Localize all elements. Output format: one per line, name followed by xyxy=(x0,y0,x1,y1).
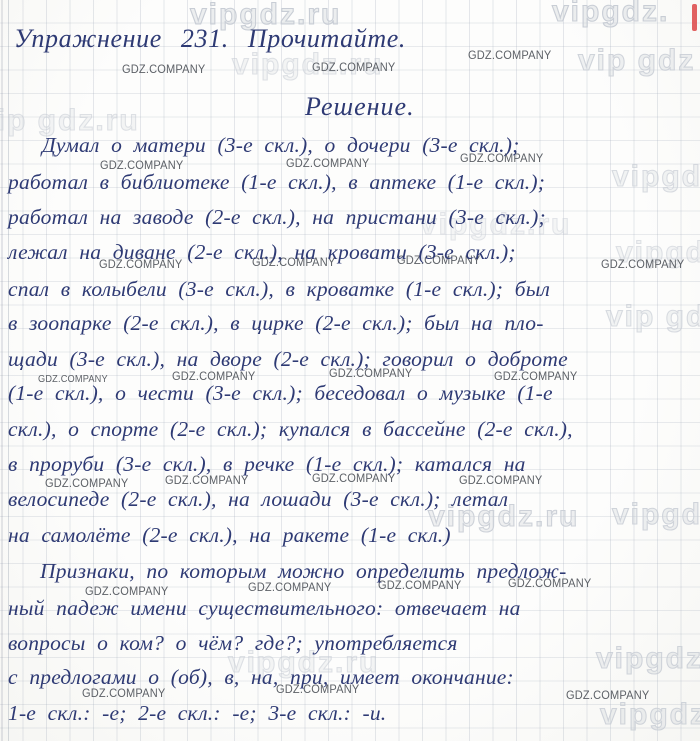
gdz-company-watermark: GDZ.COMPANY xyxy=(601,257,684,271)
notebook-page: vipgdz.ruvipgdz.vipgdz.ruvip gdzvip gdz.… xyxy=(0,0,700,741)
handwritten-line: работал в библиотеке (1-е скл.), в аптек… xyxy=(8,170,545,195)
handwritten-line: вопросы о ком? о чём? где?; употребляетс… xyxy=(8,631,458,656)
handwritten-line: в зоопарке (2-е скл.), в цирке (2-е скл.… xyxy=(8,311,544,336)
handwritten-line: Признаки, по которым можно определить пр… xyxy=(40,559,566,584)
handwritten-line: (1-е скл.), о чести (3-е скл.); беседова… xyxy=(8,381,553,406)
gdz-company-watermark: GDZ.COMPANY xyxy=(312,60,395,74)
gdz-company-watermark: GDZ.COMPANY xyxy=(286,156,369,170)
handwritten-line: щади (3-е скл.), на дворе (2-е скл.); го… xyxy=(8,347,568,372)
handwritten-line: скл.), о спорте (2-е скл.); купался в ба… xyxy=(8,417,573,442)
handwritten-line: велосипеде (2-е скл.), на лошади (3-е ск… xyxy=(8,487,508,512)
vipgdz-watermark: vip gdz xyxy=(578,44,695,78)
vipgdz-watermark: vipgdz. xyxy=(616,236,700,270)
exercise-heading: Упражнение 231. Прочитайте. xyxy=(14,24,406,54)
solution-heading: Решение. xyxy=(305,92,415,122)
handwritten-line: с предлогами о (об), в, на, при, имеет о… xyxy=(8,665,514,690)
vipgdz-watermark: vipgdz. xyxy=(596,642,700,676)
handwritten-line: ный падеж имени существительного: отвеча… xyxy=(8,596,521,621)
handwritten-line: в проруби (3-е скл.), в речке (1-е скл.)… xyxy=(8,452,526,477)
handwritten-line: лежал на диване (2-е скл.), на кровати (… xyxy=(8,240,516,265)
vipgdz-watermark: vipgdz. xyxy=(552,0,669,29)
handwritten-line: на самолёте (2-е скл.), на ракете (1-е с… xyxy=(8,523,451,548)
page-edge-shadow xyxy=(1,0,3,741)
handwritten-line: работал на заводе (2-е скл.), на пристан… xyxy=(8,205,546,230)
red-margin-mark xyxy=(692,4,697,31)
handwritten-line: Думал о матери (3-е скл.), о дочери (3-е… xyxy=(42,133,519,158)
vipgdz-watermark: vipgdz. xyxy=(612,160,700,194)
gdz-company-watermark: GDZ.COMPANY xyxy=(122,62,205,76)
vipgdz-watermark: vipgdz. xyxy=(612,498,700,532)
vipgdz-watermark: vip gdz. xyxy=(606,300,700,334)
handwritten-line: спал в колыбели (3-е скл.), в кроватке (… xyxy=(8,277,550,302)
gdz-company-watermark: GDZ.COMPANY xyxy=(468,48,551,62)
vipgdz-watermark: vipgdz. xyxy=(600,698,700,732)
gdz-company-watermark: GDZ.COMPANY xyxy=(566,688,649,702)
handwritten-line: 1-е скл.: -е; 2-е скл.: -е; 3-е скл.: -и… xyxy=(8,701,386,726)
